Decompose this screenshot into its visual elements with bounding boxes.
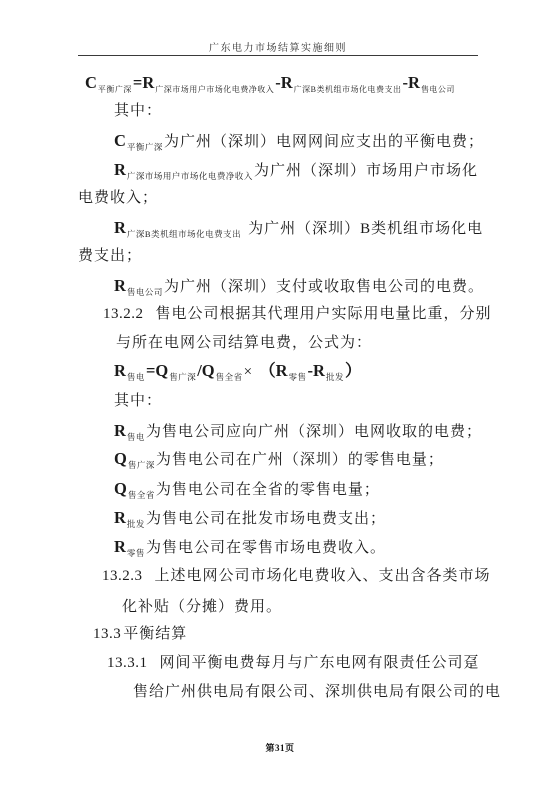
clause-text: 网间平衡电费每月与广东电网有限责任公司趸 [160,655,480,671]
clause-13-3-1: 13.3.1网间平衡电费每月与广东电网有限责任公司趸 [107,656,480,671]
formula-subscript: 售电公司 [421,85,455,94]
formula-variable: R [114,421,126,440]
definition-r-market-user-wrap: 电费收入； [78,191,158,206]
header-divider-line [78,55,478,56]
definition-text: 为售电公司在广州（深圳）的零售电量； [156,452,444,468]
definition-c-balance: C平衡广深为广州（深圳）电网网间应支出的平衡电费； [114,133,484,150]
formula-subscript: 广深市场用户市场化电费净收入 [127,171,253,181]
definition-text: 为售电公司在批发市场电费支出； [146,511,386,527]
definition-r-retail: R零售为售电公司在零售市场电费收入。 [114,539,386,556]
definition-r-market-user: R广深市场用户市场化电费净收入为广州（深圳）市场用户市场化 [114,162,478,179]
formula-variable: C [85,73,97,92]
formula-subscript: 零售 [289,372,307,382]
definition-q-province: Q售全省为售电公司在全省的零售电量； [114,481,380,498]
formula-subscript: 零售 [127,548,145,558]
multiply-sign: × [244,364,253,380]
formula-subscript: 售电 [127,372,145,382]
formula-operator-variable: -R [308,361,325,380]
document-page: 广东电力市场结算实施细则 C平衡广深=R广深市场用户市场化电费净收入-R广深B类… [0,0,560,791]
definition-text: 为广州（深圳）电网网间应支出的平衡电费； [164,134,484,150]
clause-13-2-3: 13.2.3上述电网公司市场化电费收入、支出含各类市场 [102,569,491,584]
formula-subscript: 售电公司 [127,287,163,297]
definition-text: 为售电公司在零售市场电费收入。 [146,540,386,556]
definition-r-b-unit-wrap: 费支出； [78,249,142,264]
clause-number: 13.2.2 [103,306,144,322]
formula-operator-variable: -R [403,73,420,92]
formula-subscript: 批发 [127,519,145,529]
definition-text: 为广州（深圳）支付或收取售电公司的电费。 [164,279,484,295]
formula-retail-settlement: R售电=Q售广深/Q售全省×（R零售-R批发） [114,363,361,380]
among-label: 其中： [114,394,162,409]
formula-subscript: 批发 [326,372,344,382]
formula-subscript: 售电 [127,432,145,442]
formula-variable: R [114,361,126,380]
formula-variable: R [114,218,126,237]
formula-variable: R [114,508,126,527]
formula-subscript: 售广深 [128,460,155,470]
formula-variable: Q [114,449,127,468]
formula-balance-fee: C平衡广深=R广深市场用户市场化电费净收入-R广深B类机组市场化电费支出-R售电… [85,75,456,92]
clause-13-2-3-wrap: 化补贴（分摊）费用。 [122,600,282,615]
clause-13-3-1-wrap: 售给广州供电局有限公司、深圳供电局有限公司的电 [133,685,501,700]
clause-13-2-2-wrap: 与所在电网公司结算电费，公式为： [116,336,372,351]
page-number-footer: 第31页 [0,741,560,754]
clause-text: 上述电网公司市场化电费收入、支出含各类市场 [155,568,491,584]
definition-r-sale: R售电为售电公司应向广州（深圳）电网收取的电费； [114,423,482,440]
clause-number: 13.2.3 [102,568,143,584]
definition-r-b-unit: R广深B类机组市场化电费支出为广州（深圳）B类机组市场化电 [114,220,483,237]
clause-13-2-2: 13.2.2售电公司根据其代理用户实际用电量比重，分别 [103,307,492,322]
formula-operator-variable: -R [275,73,292,92]
formula-subscript: 平衡广深 [127,142,163,152]
clause-number: 13.3.1 [107,655,148,671]
section-title: 平衡结算 [123,626,187,642]
formula-operator-variable: /Q [197,361,214,380]
formula-subscript: 平衡广深 [98,85,132,94]
formula-operator-variable: =Q [146,361,168,380]
page-header-title: 广东电力市场结算实施细则 [78,39,478,54]
formula-operator-variable: =R [133,73,154,92]
formula-variable: R [114,537,126,556]
formula-subscript: 广深B类机组市场化电费支出 [294,85,402,94]
formula-open-paren-variable: （R [259,361,287,380]
formula-subscript: 售广深 [169,372,196,382]
formula-variable: R [114,160,126,179]
definition-r-retail-company: R售电公司为广州（深圳）支付或收取售电公司的电费。 [114,278,484,295]
formula-subscript: 售全省 [216,372,243,382]
definition-text: 为广州（深圳）市场用户市场化 [254,163,478,179]
section-13-3: 13.3平衡结算 [93,627,187,642]
clause-text: 售电公司根据其代理用户实际用电量比重，分别 [156,306,492,322]
formula-subscript: 广深B类机组市场化电费支出 [127,229,241,239]
among-label: 其中： [114,104,162,119]
section-number: 13.3 [93,626,121,642]
definition-text: 为售电公司应向广州（深圳）电网收取的电费； [146,424,482,440]
formula-subscript: 广深市场用户市场化电费净收入 [155,85,274,94]
definition-r-wholesale: R批发为售电公司在批发市场电费支出； [114,510,386,527]
definition-text: 为广州（深圳）B类机组市场化电 [248,221,483,237]
formula-variable: Q [114,479,127,498]
formula-close-paren: ） [345,361,362,380]
definition-q-gz-sz: Q售广深为售电公司在广州（深圳）的零售电量； [114,451,444,468]
formula-variable: R [114,276,126,295]
formula-variable: C [114,131,126,150]
formula-subscript: 售全省 [128,490,155,500]
definition-text: 为售电公司在全省的零售电量； [156,482,380,498]
